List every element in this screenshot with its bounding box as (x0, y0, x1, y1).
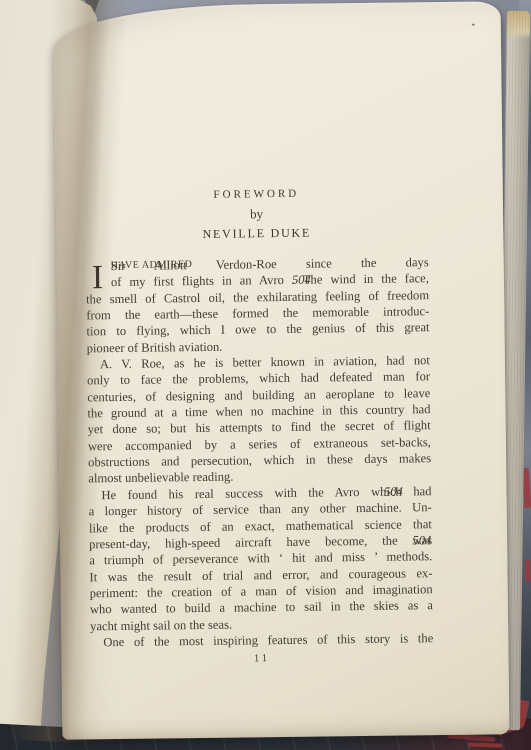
body-text: IHAVE ADMIRED Sir Alliott Verdon-Roe sin… (86, 254, 434, 650)
paragraph: IHAVE ADMIRED Sir Alliott Verdon-Roe sin… (86, 254, 430, 356)
author-name: NEVILLE DUKE (85, 224, 428, 243)
right-page: FOREWORD by NEVILLE DUKE IHAVE ADMIRED S… (54, 1, 510, 739)
text-line: One of the most inspiring features of th… (90, 630, 433, 651)
paragraph: A. V. Roe, as he is better known in avia… (87, 352, 432, 487)
book-photo: FOREWORD by NEVILLE DUKE IHAVE ADMIRED S… (0, 0, 531, 750)
page-number: 11 (90, 651, 433, 666)
paragraph: He found his real success with the Avro … (88, 483, 433, 634)
page-speck (472, 24, 475, 26)
byline: by (85, 204, 428, 224)
paragraph: One of the most inspiring features of th… (90, 630, 433, 651)
page-text: FOREWORD by NEVILLE DUKE IHAVE ADMIRED S… (83, 2, 435, 739)
fore-edge-top-tan (507, 11, 530, 39)
foreword-heading: FOREWORD (85, 186, 428, 202)
red-cover-mark (525, 560, 530, 582)
